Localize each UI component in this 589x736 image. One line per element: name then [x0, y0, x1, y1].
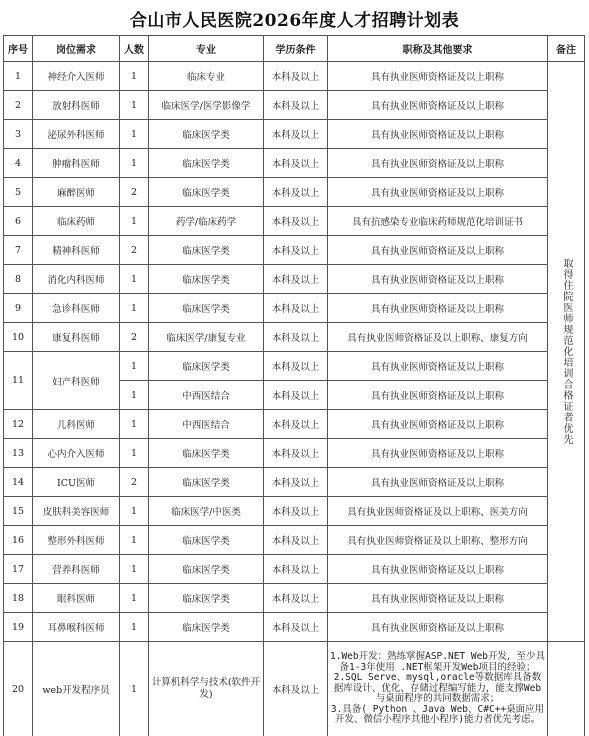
cell-education: 本科及以上 — [264, 613, 328, 642]
cell-position: 营养科医师 — [33, 555, 120, 584]
cell-requirements: 具有执业医师资格证及以上职称 — [328, 468, 548, 497]
cell-position: 神经介入医师 — [33, 62, 120, 91]
cell-major: 临床医学类 — [149, 120, 264, 149]
cell-requirements: 具有执业医师资格证及以上职称 — [328, 294, 548, 323]
table-header-row: 序号 岗位需求 人数 专业 学历条件 职称及其他要求 备注 — [4, 36, 585, 62]
table-row: 12 儿科医师 1 中西医结合 本科及以上 具有执业医师资格证及以上职称 — [4, 410, 585, 439]
cell-count: 1 — [120, 613, 149, 642]
table-row: 14 ICU医师 2 临床医学类 本科及以上 具有执业医师资格证及以上职称 — [4, 468, 585, 497]
cell-position: 心内介入医师 — [33, 439, 120, 468]
cell-position: 临床药师 — [33, 207, 120, 236]
cell-index: 14 — [4, 468, 33, 497]
cell-count: 2 — [120, 323, 149, 352]
cell-index: 5 — [4, 178, 33, 207]
table-row: 10 康复科医师 2 临床医学/康复专业 本科及以上 具有执业医师资格证及以上职… — [4, 323, 585, 352]
cell-count: 1 — [120, 149, 149, 178]
cell-count: 1 — [120, 497, 149, 526]
cell-index: 15 — [4, 497, 33, 526]
cell-count: 1 — [120, 526, 149, 555]
cell-position: 精神科医师 — [33, 236, 120, 265]
table-row: 17 营养科医师 1 临床医学类 本科及以上 具有执业医师资格证及以上职称 — [4, 555, 585, 584]
cell-count: 1 — [120, 120, 149, 149]
cell-major: 中西医结合 — [149, 410, 264, 439]
cell-position: 皮肤科美容医师 — [33, 497, 120, 526]
cell-requirements: 具有执业医师资格证及以上职称 — [328, 236, 548, 265]
header-index: 序号 — [4, 36, 33, 62]
cell-education: 本科及以上 — [264, 439, 328, 468]
cell-education: 本科及以上 — [264, 120, 328, 149]
cell-education: 本科及以上 — [264, 526, 328, 555]
table-row: 6 临床药师 1 药学/临床药学 本科及以上 具有抗感染专业临床药师规范化培训证… — [4, 207, 585, 236]
cell-requirements: 具有执业医师资格证及以上职称、医美方向 — [328, 497, 548, 526]
cell-index: 11 — [4, 352, 33, 410]
cell-requirements: 具有执业医师资格证及以上职称 — [328, 178, 548, 207]
cell-requirements: 具有抗感染专业临床药师规范化培训证书 — [328, 207, 548, 236]
cell-requirements: 具有执业医师资格证及以上职称、整形方向 — [328, 526, 548, 555]
cell-requirements: 具有执业医师资格证及以上职称 — [328, 149, 548, 178]
cell-index: 19 — [4, 613, 33, 642]
cell-requirements: 具有执业医师资格证及以上职称 — [328, 613, 548, 642]
cell-count: 1 — [120, 584, 149, 613]
table-row: 3 泌尿外科医师 1 临床医学类 本科及以上 具有执业医师资格证及以上职称 — [4, 120, 585, 149]
cell-count: 1 — [120, 642, 149, 736]
cell-requirements: 具有执业医师资格证及以上职称 — [328, 265, 548, 294]
table-row: 13 心内介入医师 1 临床医学类 本科及以上 具有执业医师资格证及以上职称 — [4, 439, 585, 468]
cell-index: 3 — [4, 120, 33, 149]
table-row: 18 眼科医师 1 临床医学类 本科及以上 具有执业医师资格证及以上职称 — [4, 584, 585, 613]
cell-index: 10 — [4, 323, 33, 352]
cell-education: 本科及以上 — [264, 555, 328, 584]
requirement-item: 2.SQL Serve、mysql,oracle等数据库具备数据库设计、优化、存… — [330, 673, 545, 705]
cell-position: 儿科医师 — [33, 410, 120, 439]
cell-major: 临床医学类 — [149, 352, 264, 381]
table-row: 5 麻醉医师 2 临床医学类 本科及以上 具有执业医师资格证及以上职称 — [4, 178, 585, 207]
cell-count: 1 — [120, 265, 149, 294]
header-major: 专业 — [149, 36, 264, 62]
cell-education: 本科及以上 — [264, 178, 328, 207]
table-row: 15 皮肤科美容医师 1 临床医学/中医类 本科及以上 具有执业医师资格证及以上… — [4, 497, 585, 526]
cell-major: 中西医结合 — [149, 381, 264, 410]
cell-major: 临床专业 — [149, 62, 264, 91]
table-row: 16 整形外科医师 1 临床医学类 本科及以上 具有执业医师资格证及以上职称、整… — [4, 526, 585, 555]
cell-education: 本科及以上 — [264, 323, 328, 352]
cell-index: 13 — [4, 439, 33, 468]
table-row: 20 web开发程序员 1 计算机科学与技术(软件开发) 本科及以上 1.Web… — [4, 642, 585, 736]
cell-count: 1 — [120, 439, 149, 468]
table-row: 7 精神科医师 2 临床医学类 本科及以上 具有执业医师资格证及以上职称 — [4, 236, 585, 265]
table-row: 1 神经介入医师 1 临床专业 本科及以上 具有执业医师资格证及以上职称 取得住… — [4, 62, 585, 91]
cell-position: 急诊科医师 — [33, 294, 120, 323]
note-text: 取得住院医师规范化培训合格证者优先 — [561, 258, 571, 445]
cell-education: 本科及以上 — [264, 468, 328, 497]
header-count: 人数 — [120, 36, 149, 62]
cell-requirements: 具有执业医师资格证及以上职称 — [328, 584, 548, 613]
cell-count: 2 — [120, 178, 149, 207]
header-education: 学历条件 — [264, 36, 328, 62]
cell-note-merged: 取得住院医师规范化培训合格证者优先 — [548, 62, 585, 642]
cell-major: 临床医学类 — [149, 584, 264, 613]
cell-major: 临床医学/康复专业 — [149, 323, 264, 352]
cell-requirements: 具有执业医师资格证及以上职称 — [328, 381, 548, 410]
requirement-item: 1.Web开发：熟练掌握ASP.NET Web开发，至少具备1-3年使用 .NE… — [330, 652, 545, 673]
header-requirements: 职称及其他要求 — [328, 36, 548, 62]
cell-education: 本科及以上 — [264, 91, 328, 120]
table-row: 8 消化内科医师 1 临床医学类 本科及以上 具有执业医师资格证及以上职称 — [4, 265, 585, 294]
cell-education: 本科及以上 — [264, 62, 328, 91]
cell-requirements: 具有执业医师资格证及以上职称 — [328, 439, 548, 468]
cell-index: 16 — [4, 526, 33, 555]
cell-note-empty — [548, 642, 585, 736]
cell-index: 12 — [4, 410, 33, 439]
cell-count: 1 — [120, 410, 149, 439]
cell-major: 临床医学类 — [149, 149, 264, 178]
cell-requirements-list: 1.Web开发：熟练掌握ASP.NET Web开发，至少具备1-3年使用 .NE… — [328, 642, 548, 736]
cell-count: 1 — [120, 294, 149, 323]
cell-index: 7 — [4, 236, 33, 265]
cell-requirements: 具有执业医师资格证及以上职称 — [328, 62, 548, 91]
cell-index: 20 — [4, 642, 33, 736]
cell-education: 本科及以上 — [264, 642, 328, 736]
cell-requirements: 具有执业医师资格证及以上职称 — [328, 91, 548, 120]
cell-education: 本科及以上 — [264, 410, 328, 439]
cell-index: 2 — [4, 91, 33, 120]
table-row: 9 急诊科医师 1 临床医学类 本科及以上 具有执业医师资格证及以上职称 — [4, 294, 585, 323]
cell-position: 消化内科医师 — [33, 265, 120, 294]
cell-index: 18 — [4, 584, 33, 613]
cell-major: 药学/临床药学 — [149, 207, 264, 236]
cell-count: 1 — [120, 207, 149, 236]
cell-index: 6 — [4, 207, 33, 236]
cell-position: 妇产科医师 — [33, 352, 120, 410]
cell-requirements: 具有执业医师资格证及以上职称 — [328, 410, 548, 439]
cell-count: 2 — [120, 468, 149, 497]
cell-major: 临床医学类 — [149, 526, 264, 555]
requirement-item: 3.具备( Python 、Java Web、C#C++桌面应用开发、微信小程序… — [330, 705, 545, 726]
cell-position: 泌尿外科医师 — [33, 120, 120, 149]
cell-position: web开发程序员 — [33, 642, 120, 736]
cell-major: 临床医学类 — [149, 236, 264, 265]
cell-index: 1 — [4, 62, 33, 91]
page-title: 合山市人民医院2026年度人才招聘计划表 — [0, 6, 589, 31]
cell-education: 本科及以上 — [264, 381, 328, 410]
cell-major: 临床医学类 — [149, 439, 264, 468]
cell-requirements: 具有执业医师资格证及以上职称 — [328, 120, 548, 149]
cell-requirements: 具有执业医师资格证及以上职称、康复方向 — [328, 323, 548, 352]
cell-major: 临床医学/中医类 — [149, 497, 264, 526]
cell-index: 8 — [4, 265, 33, 294]
cell-position: 耳鼻喉科医师 — [33, 613, 120, 642]
cell-major: 临床医学类 — [149, 468, 264, 497]
cell-education: 本科及以上 — [264, 352, 328, 381]
cell-position: 眼科医师 — [33, 584, 120, 613]
cell-education: 本科及以上 — [264, 294, 328, 323]
recruitment-table: 序号 岗位需求 人数 专业 学历条件 职称及其他要求 备注 1 神经介入医师 1… — [3, 35, 585, 736]
cell-major: 临床医学类 — [149, 613, 264, 642]
cell-education: 本科及以上 — [264, 207, 328, 236]
cell-major: 临床医学类 — [149, 294, 264, 323]
cell-education: 本科及以上 — [264, 584, 328, 613]
cell-education: 本科及以上 — [264, 236, 328, 265]
cell-major: 临床医学/医学影像学 — [149, 91, 264, 120]
cell-requirements: 具有执业医师资格证及以上职称 — [328, 352, 548, 381]
cell-index: 17 — [4, 555, 33, 584]
table-row: 4 肿瘤科医师 1 临床医学类 本科及以上 具有执业医师资格证及以上职称 — [4, 149, 585, 178]
header-position: 岗位需求 — [33, 36, 120, 62]
cell-position: 麻醉医师 — [33, 178, 120, 207]
cell-education: 本科及以上 — [264, 497, 328, 526]
cell-major: 临床医学类 — [149, 178, 264, 207]
cell-education: 本科及以上 — [264, 149, 328, 178]
cell-position: 肿瘤科医师 — [33, 149, 120, 178]
cell-count: 1 — [120, 352, 149, 381]
cell-count: 1 — [120, 381, 149, 410]
cell-education: 本科及以上 — [264, 265, 328, 294]
cell-position: 整形外科医师 — [33, 526, 120, 555]
table-row: 2 放射科医师 1 临床医学/医学影像学 本科及以上 具有执业医师资格证及以上职… — [4, 91, 585, 120]
cell-index: 4 — [4, 149, 33, 178]
cell-position: ICU医师 — [33, 468, 120, 497]
cell-position: 放射科医师 — [33, 91, 120, 120]
cell-major: 计算机科学与技术(软件开发) — [149, 642, 264, 736]
cell-index: 9 — [4, 294, 33, 323]
cell-count: 1 — [120, 555, 149, 584]
cell-requirements: 具有执业医师资格证及以上职称 — [328, 555, 548, 584]
cell-count: 1 — [120, 62, 149, 91]
cell-major: 临床医学类 — [149, 555, 264, 584]
table-row: 11 妇产科医师 1 临床医学类 本科及以上 具有执业医师资格证及以上职称 — [4, 352, 585, 381]
table-row: 19 耳鼻喉科医师 1 临床医学类 本科及以上 具有执业医师资格证及以上职称 — [4, 613, 585, 642]
cell-count: 2 — [120, 236, 149, 265]
cell-major: 临床医学类 — [149, 265, 264, 294]
cell-count: 1 — [120, 91, 149, 120]
header-note: 备注 — [548, 36, 585, 62]
cell-position: 康复科医师 — [33, 323, 120, 352]
